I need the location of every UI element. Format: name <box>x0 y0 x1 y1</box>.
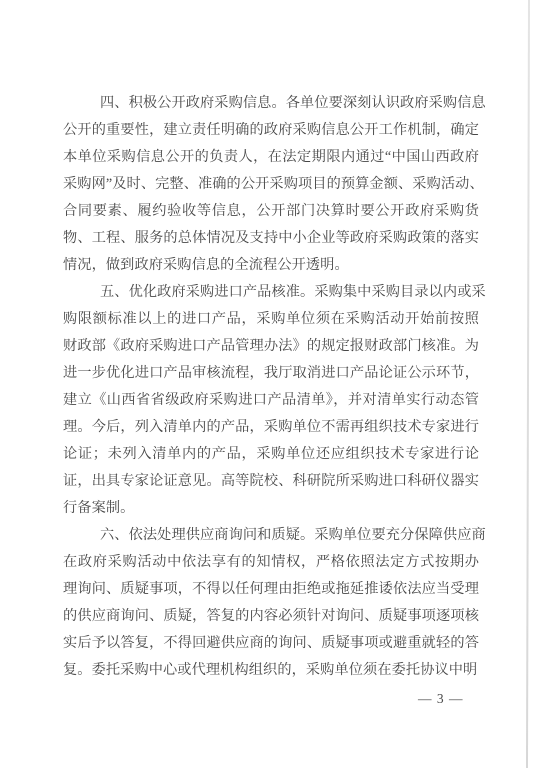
text-line: 合同要素、履约验收等信息，公开部门决算时要公开政府采购货 <box>63 198 479 225</box>
text-line: 理。今后，列入清单内的产品，采购单位不需再组织技术专家进行 <box>63 414 479 441</box>
text-line: 在政府采购活动中依法享有的知情权，严格依照法定方式按期办 <box>63 549 479 576</box>
text-line: 论证；未列入清单内的产品，采购单位还应组织技术专家进行论 <box>63 441 479 468</box>
text-line: 公开的重要性，建立责任明确的政府采购信息公开工作机制，确定 <box>63 117 479 144</box>
section-6-supplier-inquiries-and-challenges: 六、依法处理供应商询问和质疑。采购单位要充分保障供应商在政府采购活动中依法享有的… <box>63 522 479 684</box>
page-number: — 3 — <box>418 691 464 707</box>
text-line: 采购网”及时、完整、准确的公开采购项目的预算金额、采购活动、 <box>63 171 479 198</box>
text-line: 购限额标准以上的进口产品，采购单位须在采购活动开始前按照 <box>63 306 479 333</box>
text-line: 行备案制。 <box>63 495 479 522</box>
text-line: 实后予以答复，不得回避供应商的询问、质疑事项或避重就轻的答 <box>63 630 479 657</box>
text-line: 四、积极公开政府采购信息。各单位要深刻认识政府采购信息 <box>63 90 479 117</box>
text-line: 的供应商询问、质疑，答复的内容必须针对询问、质疑事项逐项核 <box>63 603 479 630</box>
text-line: 进一步优化进口产品审核流程，我厅取消进口产品论证公示环节， <box>63 360 479 387</box>
section-5-import-product-approval: 五、优化政府采购进口产品核准。采购集中采购目录以内或采购限额标准以上的进口产品，… <box>63 279 479 522</box>
text-line: 证，出具专家论证意见。高等院校、科研院所采购进口科研仪器实 <box>63 468 479 495</box>
text-line: 理询问、质疑事项，不得以任何理由拒绝或拖延推诿依法应当受理 <box>63 576 479 603</box>
text-line: 六、依法处理供应商询问和质疑。采购单位要充分保障供应商 <box>63 522 479 549</box>
scan-artifact-line <box>526 0 530 768</box>
text-line: 五、优化政府采购进口产品核准。采购集中采购目录以内或采 <box>63 279 479 306</box>
text-line: 本单位采购信息公开的负责人，在法定期限内通过“中国山西政府 <box>63 144 479 171</box>
text-line: 物、工程、服务的总体情况及支持中小企业等政府采购政策的落实 <box>63 225 479 252</box>
section-4-open-procurement-information: 四、积极公开政府采购信息。各单位要深刻认识政府采购信息公开的重要性，建立责任明确… <box>63 90 479 279</box>
text-line: 财政部《政府采购进口产品管理办法》的规定报财政部门核准。为 <box>63 333 479 360</box>
text-line: 情况，做到政府采购信息的全流程公开透明。 <box>63 252 479 279</box>
scanned-document-page: 四、积极公开政府采购信息。各单位要深刻认识政府采购信息公开的重要性，建立责任明确… <box>0 0 542 768</box>
text-line: 建立《山西省省级政府采购进口产品清单》，并对清单实行动态管 <box>63 387 479 414</box>
text-line: 复。委托采购中心或代理机构组织的，采购单位须在委托协议中明 <box>63 657 479 684</box>
document-body: 四、积极公开政府采购信息。各单位要深刻认识政府采购信息公开的重要性，建立责任明确… <box>63 90 479 684</box>
